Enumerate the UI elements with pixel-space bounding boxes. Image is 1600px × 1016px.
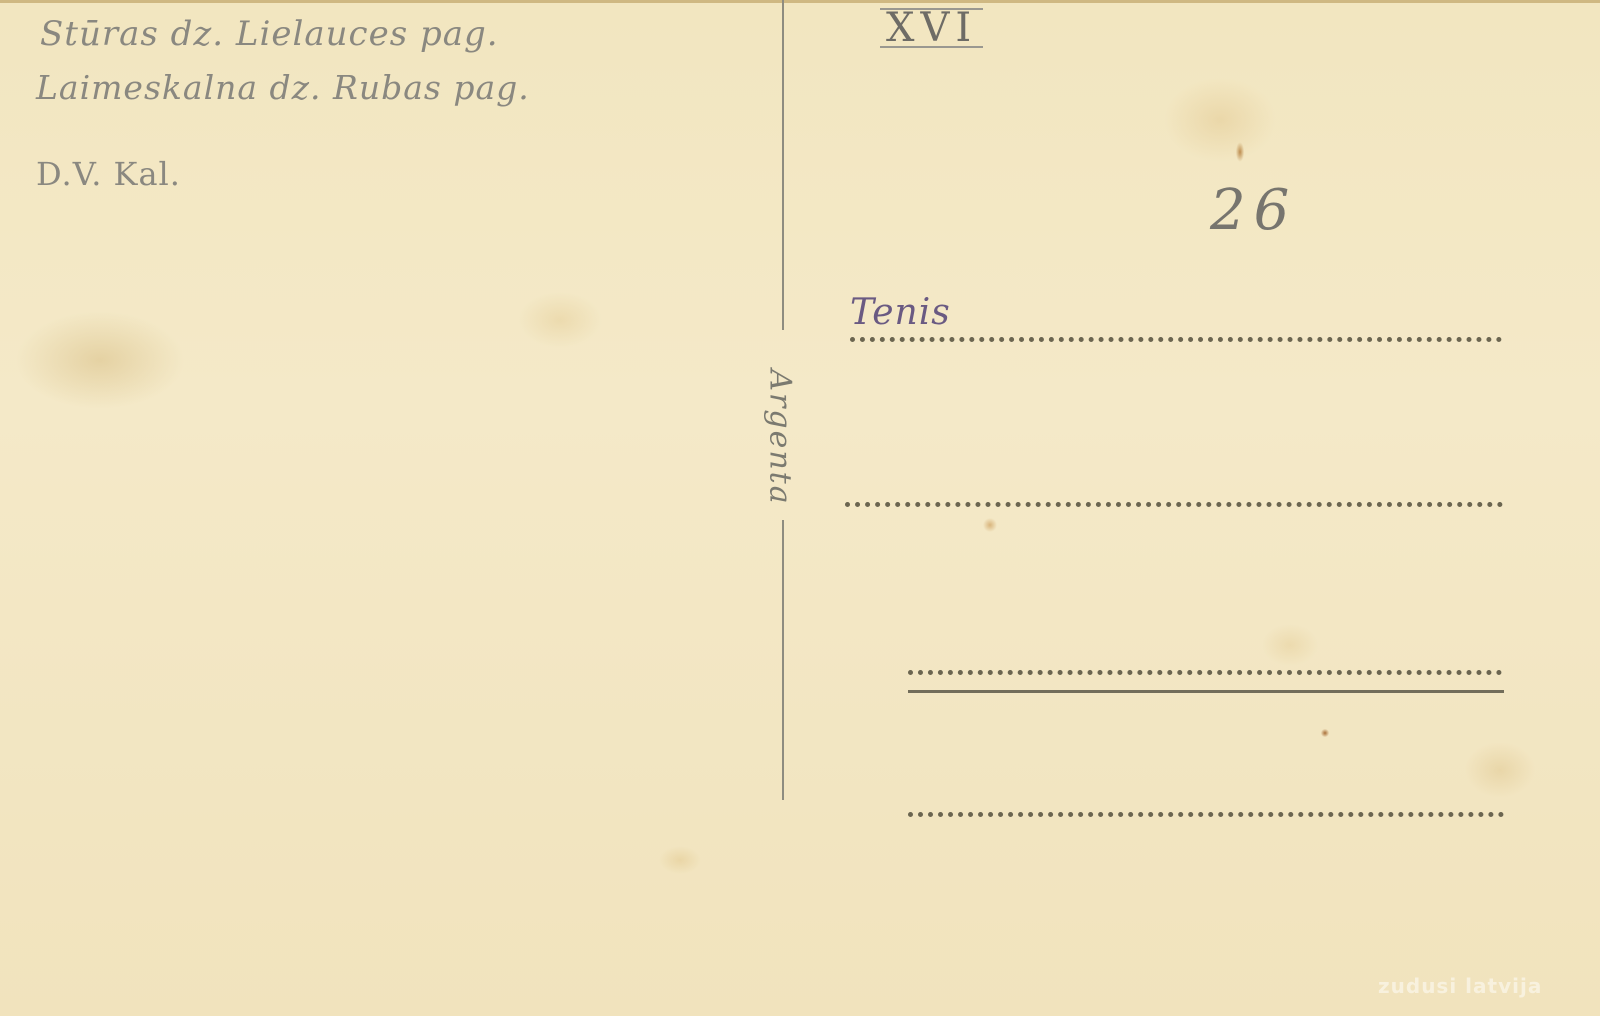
- address-line-2: [845, 502, 1503, 507]
- catalog-number: 26: [1210, 178, 1297, 243]
- pencil-note-line-1: Stūras dz. Lielauces pag.: [40, 14, 499, 54]
- address-line-3-underline: [908, 690, 1504, 693]
- printed-brand-text: Argenta: [763, 338, 798, 538]
- postcard-back: Stūras dz. Lielauces pag. Laimeskalna dz…: [0, 0, 1600, 1016]
- watermark: zudusi latvija: [1378, 974, 1542, 998]
- pencil-note-line-2: Laimeskalna dz. Rubas pag.: [36, 68, 530, 107]
- center-divider-bottom: [782, 520, 784, 800]
- address-line-1: [850, 337, 1502, 342]
- pencil-note-line-3: D.V. Kal.: [36, 155, 181, 193]
- roman-numeral-mark: XVI: [880, 8, 983, 48]
- address-line-4: [908, 812, 1504, 817]
- handwritten-address-name: Tenis: [850, 292, 951, 333]
- card-top-edge: [0, 0, 1600, 3]
- address-line-3: [908, 670, 1502, 675]
- center-divider-top: [782, 0, 784, 330]
